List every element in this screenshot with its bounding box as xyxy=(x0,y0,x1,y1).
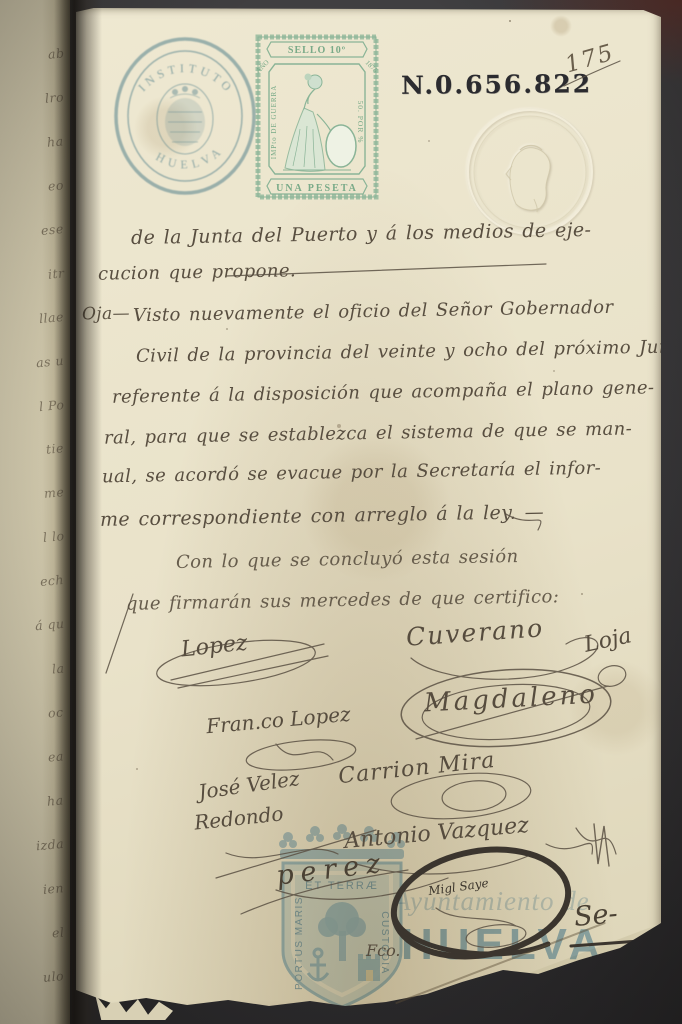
scanned-manuscript-photo: ab lro ha eo ese itr llae as u l Po tie … xyxy=(0,0,682,1024)
manuscript-line: Visto nuevamente el oficio del Señor Gob… xyxy=(133,297,614,326)
oval-stamp-arc-bottom-text: HUELVA xyxy=(153,142,226,171)
signature-jose-velez: José Velez xyxy=(197,766,301,804)
revenue-stamp-top-banner: SELLO 10º xyxy=(288,45,346,56)
manuscript-line: Civil de la provincia del veinte y ocho … xyxy=(136,336,682,367)
manuscript-line: ual, se acordó se evacue por la Secretar… xyxy=(102,458,601,488)
manuscript-line: que firmarán sus mercedes de que certifi… xyxy=(126,586,560,615)
manuscript-page: INSTITUTO HUELVA SELLO 10º UNA PESETA xyxy=(76,8,661,1008)
signature-fco: Fco. xyxy=(366,941,401,960)
manuscript-line: Con lo que se concluyó esta sesión xyxy=(176,546,519,573)
revenue-stamp-bottom-banner: UNA PESETA xyxy=(276,183,358,194)
signature-lopez: Lopez xyxy=(180,631,249,663)
watermark-org-name: Ayuntamiento de xyxy=(394,886,590,917)
revenue-stamp-right-text: 50. POR % xyxy=(356,101,365,144)
manuscript-line: cucion que propone. xyxy=(98,260,296,284)
revenue-stamp-left-text: IMPto DE GUERRA xyxy=(270,85,278,160)
oval-ink-stamp: INSTITUTO HUELVA xyxy=(110,34,260,199)
manuscript-line: me correspondiente con arreglo á la ley.… xyxy=(100,501,544,531)
oval-ink-stamp-graphic: INSTITUTO HUELVA xyxy=(110,34,260,199)
binding-gutter-shadow xyxy=(54,0,102,1024)
watermark-motto-left: PORTUS MARIS xyxy=(294,896,305,990)
catchword: Se- xyxy=(573,898,619,933)
signature-loja: Loja xyxy=(582,623,634,657)
signature-cuverano: Cuverano xyxy=(405,613,545,652)
signature-antonio-vazquez: Antonio Vazquez xyxy=(343,813,530,854)
signature-carrion-mira: Carrion Mira xyxy=(337,748,496,789)
signature-magdaleno: Magdaleno xyxy=(423,679,598,718)
revenue-stamp-graphic: SELLO 10º UNA PESETA AÑO 1875 IMPto DE G… xyxy=(255,34,379,204)
svg-text:HUELVA: HUELVA xyxy=(153,142,226,171)
signature-francisco-lopez: Fran.co Lopez xyxy=(205,702,351,739)
revenue-stamp: SELLO 10º UNA PESETA AÑO 1875 IMPto DE G… xyxy=(255,34,379,204)
serial-number: N.0.656.822 xyxy=(401,69,592,100)
manuscript-line: referente á la disposición que acompaña … xyxy=(112,377,655,407)
seated-allegory-figure xyxy=(283,74,356,172)
manuscript-line: ral, para que se establezca el sistema d… xyxy=(104,418,632,448)
